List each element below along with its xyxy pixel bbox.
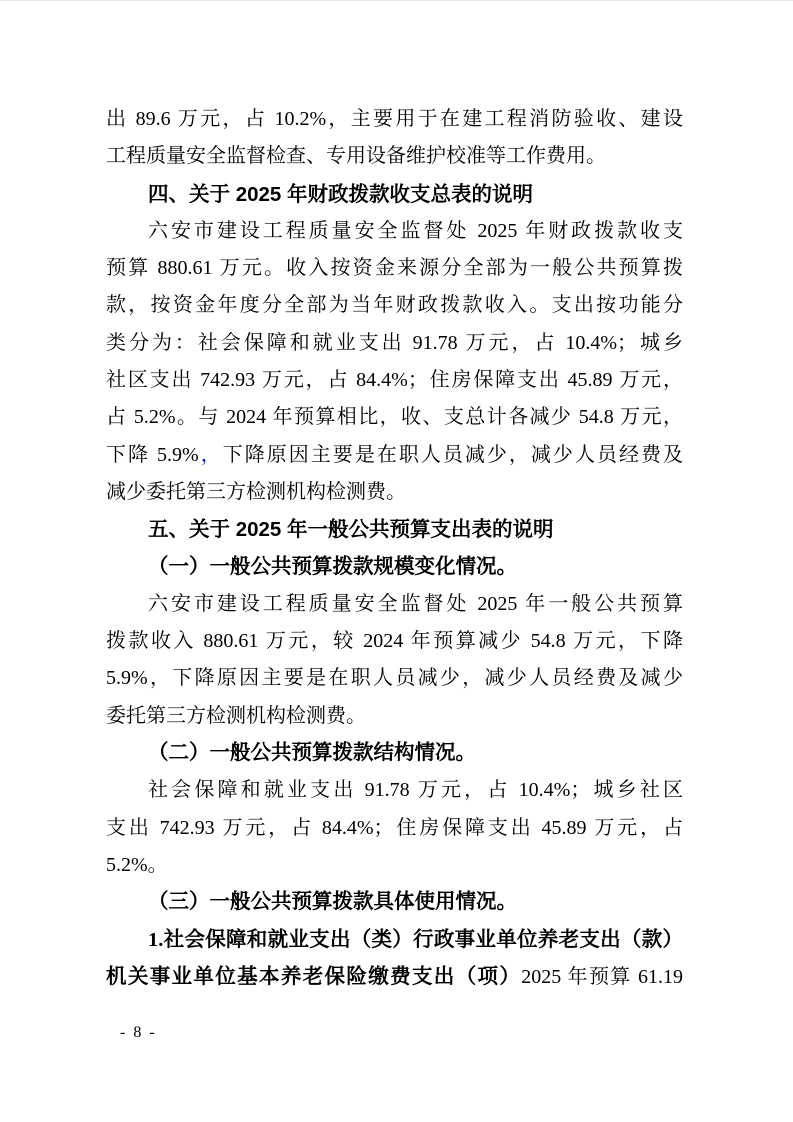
section-heading-4: 四、关于 2025 年财政拨款收支总表的说明: [106, 176, 683, 213]
blue-comma: ，: [199, 444, 223, 466]
paragraph-line: 类分为：社会保障和就业支出 91.78 万元，占 10.4%；城乡: [106, 325, 683, 362]
paragraph-line: 工程质量安全监督检查、专用设备维护校准等工作费用。: [106, 138, 683, 175]
section-heading-5: 五、关于 2025 年一般公共预算支出表的说明: [106, 511, 683, 548]
paragraph-line: 拨款收入 880.61 万元，较 2024 年预算减少 54.8 万元，下降: [106, 623, 683, 660]
paragraph-line: 5.9%，下降原因主要是在职人员减少，减少人员经费及减少: [106, 660, 683, 697]
paragraph-line: 出 89.6 万元，占 10.2%，主要用于在建工程消防验收、建设: [106, 101, 683, 138]
paragraph-line: 六安市建设工程质量安全监督处 2025 年财政拨款收支: [106, 213, 683, 250]
text-segment: 下降原因主要是在职人员减少，减少人员经费及: [223, 444, 683, 466]
item-1-heading-line: 1.社会保障和就业支出（类）行政事业单位养老支出（款）: [106, 922, 683, 959]
paragraph-line: 减少委托第三方检测机构检测费。: [106, 474, 683, 511]
paragraph-line: 社区支出 742.93 万元，占 84.4%；住房保障支出 45.89 万元，: [106, 362, 683, 399]
paragraph-line: 六安市建设工程质量安全监督处 2025 年一般公共预算: [106, 586, 683, 623]
regular-text-segment: 2025 年预算 61.19: [521, 966, 683, 988]
paragraph-line: 委托第三方检测机构检测费。: [106, 698, 683, 735]
page-number: - 8 -: [120, 1021, 157, 1045]
page-body-text: 出 89.6 万元，占 10.2%，主要用于在建工程消防验收、建设 工程质量安全…: [106, 101, 683, 996]
paragraph-line: 预算 880.61 万元。收入按资金来源分全部为一般公共预算拨: [106, 250, 683, 287]
paragraph-line: 款，按资金年度分全部为当年财政拨款收入。支出按功能分: [106, 287, 683, 324]
paragraph-line: 5.2%。: [106, 847, 683, 884]
item-1-continuation-line: 机关事业单位基本养老保险缴费支出（项）2025 年预算 61.19: [106, 959, 683, 996]
paragraph-line: 占 5.2%。与 2024 年预算相比，收、支总计各减少 54.8 万元，: [106, 399, 683, 436]
subsection-heading-3: （三）一般公共预算拨款具体使用情况。: [106, 884, 683, 921]
paragraph-line: 支出 742.93 万元，占 84.4%；住房保障支出 45.89 万元，占: [106, 810, 683, 847]
text-segment: 下降 5.9%: [106, 444, 199, 466]
paragraph-line: 社会保障和就业支出 91.78 万元，占 10.4%；城乡社区: [106, 772, 683, 809]
subsection-heading-1: （一）一般公共预算拨款规模变化情况。: [106, 549, 683, 586]
document-page: 出 89.6 万元，占 10.2%，主要用于在建工程消防验收、建设 工程质量安全…: [0, 0, 793, 1122]
paragraph-line-with-blue-comma: 下降 5.9%，下降原因主要是在职人员减少，减少人员经费及: [106, 437, 683, 474]
bold-text-segment: 机关事业单位基本养老保险缴费支出（项）: [106, 966, 521, 988]
subsection-heading-2: （二）一般公共预算拨款结构情况。: [106, 735, 683, 772]
